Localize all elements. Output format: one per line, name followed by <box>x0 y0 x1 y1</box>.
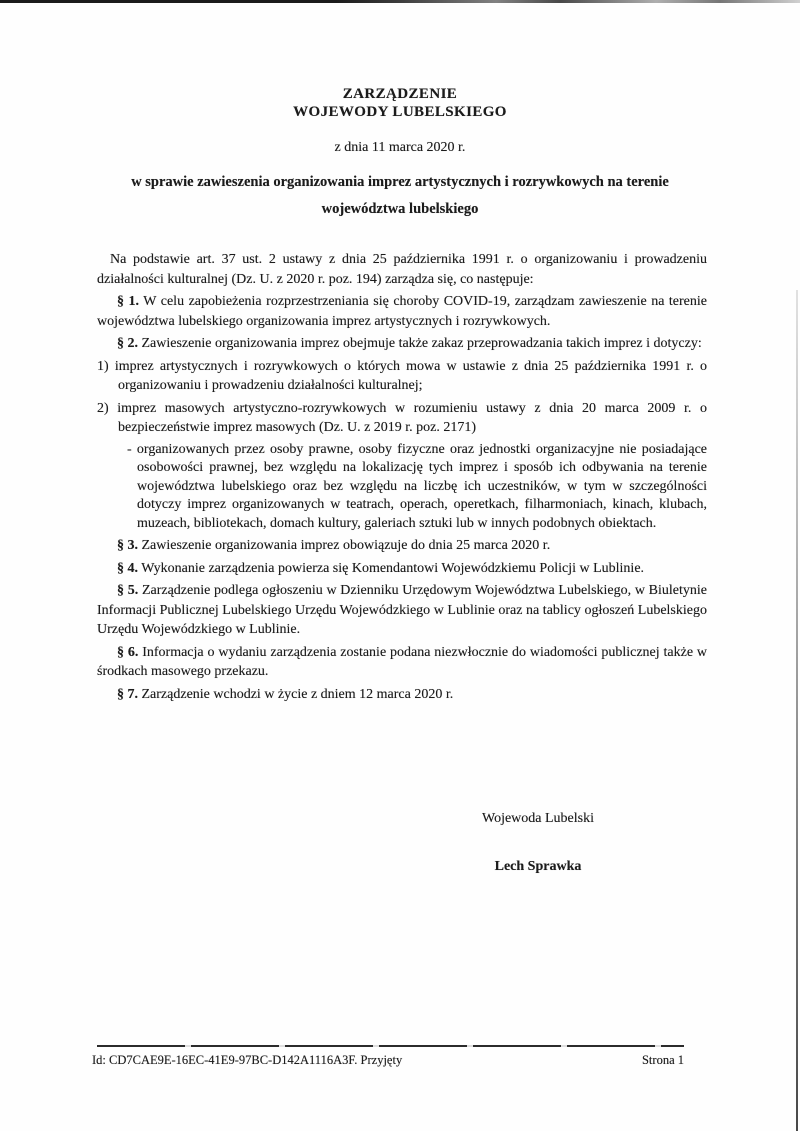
signature-block: Wojewoda Lubelski Lech Sprawka <box>438 810 638 876</box>
document-issuer: WOJEWODY LUBELSKIEGO <box>0 103 800 121</box>
section-7-text: Zarządzenie wchodzi w życie z dniem 12 m… <box>142 687 454 702</box>
section-4-marker: § 4. <box>117 561 138 576</box>
section-paragraph-3: § 3. Zawieszenie organizowania imprez ob… <box>97 536 707 556</box>
list-item-1: 1) imprez artystycznych i rozrywkowych o… <box>97 357 707 396</box>
section-6-marker: § 6. <box>117 645 138 660</box>
section-paragraph-7: § 7. Zarządzenie wchodzi w życie z dniem… <box>97 685 707 705</box>
page-number: Strona 1 <box>642 1052 684 1068</box>
list-item-1-text: imprez artystycznych i rozrywkowych o kt… <box>115 359 707 394</box>
document-page: ZARZĄDZENIE WOJEWODY LUBELSKIEGO z dnia … <box>0 0 800 1131</box>
signatory-role: Wojewoda Lubelski <box>438 810 638 828</box>
section-1-marker: § 1. <box>117 294 139 309</box>
section-2-marker: § 2. <box>117 336 138 351</box>
document-subject-line-1: w sprawie zawieszenia organizowania impr… <box>0 173 800 191</box>
section-paragraph-4: § 4. Wykonanie zarządzenia powierza się … <box>97 559 707 579</box>
document-id: Id: CD7CAE9E-16EC-41E9-97BC-D142A1116A3F… <box>92 1052 402 1068</box>
section-paragraph-2: § 2. Zawieszenie organizowania imprez ob… <box>97 334 707 354</box>
section-paragraph-6: § 6. Informacja o wydaniu zarządzenia zo… <box>97 643 707 682</box>
document-subject-line-2: województwa lubelskiego <box>0 200 800 218</box>
list-item-2-text: imprez masowych artystyczno-rozrywkowych… <box>117 401 707 436</box>
section-6-text: Informacja o wydaniu zarządzenia zostani… <box>97 645 707 680</box>
section-paragraph-1: § 1. W celu zapobieżenia rozprzestrzenia… <box>97 292 707 331</box>
section-paragraph-5: § 5. Zarządzenie podlega ogłoszeniu w Dz… <box>97 581 707 640</box>
section-3-marker: § 3. <box>117 538 138 553</box>
list-item-2: 2) imprez masowych artystyczno-rozrywkow… <box>97 399 707 438</box>
section-3-text: Zawieszenie organizowania imprez obowiąz… <box>142 538 551 553</box>
document-date: z dnia 11 marca 2020 r. <box>0 139 800 157</box>
preamble-paragraph: Na podstawie art. 37 ust. 2 ustawy z dni… <box>97 250 707 289</box>
dash-item-marker: - <box>127 442 132 457</box>
list-item-2-marker: 2) <box>97 401 109 416</box>
document-body: Na podstawie art. 37 ust. 2 ustawy z dni… <box>97 250 707 704</box>
document-footer: Id: CD7CAE9E-16EC-41E9-97BC-D142A1116A3F… <box>92 1045 684 1068</box>
document-title: ZARZĄDZENIE <box>0 85 800 103</box>
scan-artifact-top-edge <box>0 0 800 3</box>
list-item-1-marker: 1) <box>97 359 109 374</box>
document-header: ZARZĄDZENIE WOJEWODY LUBELSKIEGO z dnia … <box>0 85 800 218</box>
section-1-text: W celu zapobieżenia rozprzestrzeniania s… <box>97 294 707 329</box>
scan-artifact-right-edge <box>796 290 798 1131</box>
section-7-marker: § 7. <box>117 687 138 702</box>
dash-item: - organizowanych przez osoby prawne, oso… <box>97 441 707 534</box>
signatory-name: Lech Sprawka <box>438 858 638 876</box>
footer-divider <box>97 1045 684 1047</box>
section-2-text: Zawieszenie organizowania imprez obejmuj… <box>142 336 702 351</box>
dash-item-text: organizowanych przez osoby prawne, osoby… <box>137 442 707 531</box>
section-4-text: Wykonanie zarządzenia powierza się Komen… <box>141 561 644 576</box>
section-5-text: Zarządzenie podlega ogłoszeniu w Dzienni… <box>97 583 707 637</box>
section-5-marker: § 5. <box>117 583 138 598</box>
